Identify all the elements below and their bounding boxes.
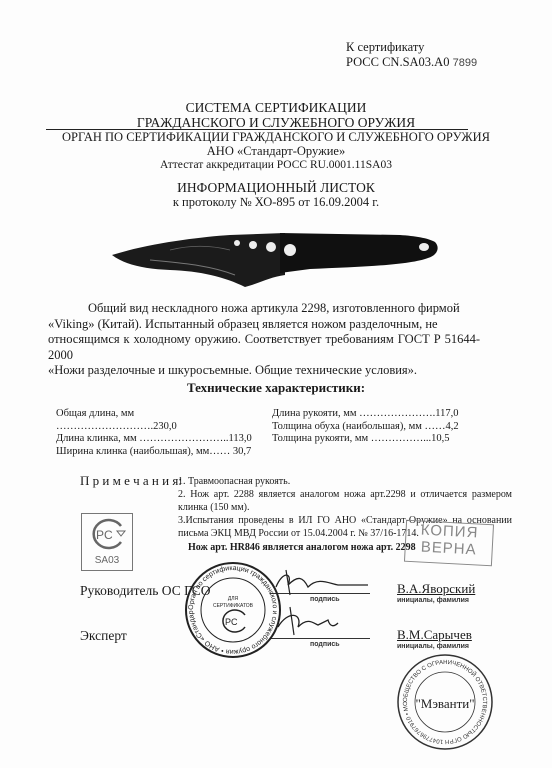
system-line1: СИСТЕМА СЕРТИФИКАЦИИ bbox=[0, 100, 552, 115]
document-title: ИНФОРМАЦИОННЫЙ ЛИСТОК к протоколу № ХО-8… bbox=[0, 180, 552, 210]
spec-label: Толщина обуха (наибольшая), мм …… bbox=[272, 421, 446, 432]
company-seal: ОБЩЕСТВО С ОГРАНИЧЕННОЙ ОТВЕТСТВЕННОСТЬЮ… bbox=[395, 652, 495, 752]
org-name: АНО «Стандарт-Оружие» bbox=[0, 144, 552, 158]
organ-name: ОРГАН ПО СЕРТИФИКАЦИИ ГРАЖДАНСКОГО И СЛУ… bbox=[0, 130, 552, 144]
spec-row: Длина клинка, мм ……………………..113,0 bbox=[56, 433, 256, 446]
system-title: СИСТЕМА СЕРТИФИКАЦИИ ГРАЖДАНСКОГО И СЛУЖ… bbox=[0, 100, 552, 130]
note-2: 2. Нож арт. 2288 является аналогом ножа … bbox=[178, 488, 512, 514]
description-paragraph: Общий вид нескладного ножа артикула 2298… bbox=[48, 301, 480, 379]
svg-text:ДЛЯ: ДЛЯ bbox=[228, 596, 239, 602]
signature-role-expert: Эксперт bbox=[80, 628, 127, 644]
spec-value: 113,0 bbox=[229, 433, 252, 444]
spec-value: 230,0 bbox=[153, 421, 177, 432]
handwritten-signatures bbox=[268, 565, 378, 650]
copy-stamp-line2: ВЕРНА bbox=[405, 538, 492, 559]
title-sub: к протоколу № ХО-895 от 16.09.2004 г. bbox=[0, 195, 552, 210]
pct-logo-code: SA03 bbox=[82, 555, 132, 566]
signature-name-head: В.А.Яворский bbox=[397, 581, 475, 597]
knife-image bbox=[110, 225, 440, 290]
spec-label: Длина рукояти, мм …………………. bbox=[272, 408, 435, 419]
pct-logo: PC SA03 bbox=[81, 513, 133, 571]
copy-verified-stamp: КОПИЯ ВЕРНА bbox=[404, 520, 494, 567]
system-line2: ГРАЖДАНСКОГО И СЛУЖЕБНОГО ОРУЖИЯ bbox=[0, 115, 552, 130]
certificate-ref-prefix: РОСС CN.SA03.A0 bbox=[346, 55, 449, 69]
spec-label: Общая длина, мм ………………………. bbox=[56, 408, 153, 432]
title-main: ИНФОРМАЦИОННЫЙ ЛИСТОК bbox=[0, 180, 552, 195]
accreditation: Аттестат аккредитации РОСС RU.0001.11SA0… bbox=[0, 158, 552, 172]
certificate-ref-line1: К сертификату bbox=[346, 40, 477, 55]
organ-block: ОРГАН ПО СЕРТИФИКАЦИИ ГРАЖДАНСКОГО И СЛУ… bbox=[0, 130, 552, 172]
spec-row: Общая длина, мм ……………………….230,0 bbox=[56, 408, 256, 433]
spec-row: Длина рукояти, мм ………………….117,0 bbox=[272, 408, 472, 421]
specs-right: Длина рукояти, мм ………………….117,0 Толщина … bbox=[272, 408, 472, 446]
spec-label: Длина клинка, мм …………………….. bbox=[56, 433, 229, 444]
spec-value: 30,7 bbox=[233, 446, 251, 457]
spec-label: Ширина клинка (наибольшая), мм…… bbox=[56, 446, 230, 457]
certification-seal: Орган по сертификации гражданского и слу… bbox=[183, 560, 283, 660]
certificate-ref-number: 7899 bbox=[453, 57, 477, 69]
spec-row: Толщина обуха (наибольшая), мм ……4,2 bbox=[272, 421, 472, 434]
certificate-ref-line2: РОСС CN.SA03.A0 7899 bbox=[346, 55, 477, 71]
svg-text:"Мэванти": "Мэванти" bbox=[415, 696, 474, 711]
certificate-reference: К сертификату РОСС CN.SA03.A0 7899 bbox=[346, 40, 477, 71]
svg-text:PC: PC bbox=[96, 528, 113, 542]
notes-label: П р и м е ч а н и я: bbox=[80, 473, 182, 489]
description-line3: относящимся к холодному оружию. Соответс… bbox=[48, 332, 480, 363]
svg-text:СЕРТИФИКАТОВ: СЕРТИФИКАТОВ bbox=[213, 603, 254, 609]
description-line1: Общий вид нескладного ножа артикула 2298… bbox=[48, 301, 480, 317]
pct-logo-icon: PC bbox=[87, 518, 127, 550]
note-extra: Нож арт. HR846 является аналогом ножа ар… bbox=[188, 542, 416, 553]
spec-value: 10,5 bbox=[431, 433, 449, 444]
description-line2: «Viking» (Китай). Испытанный образец явл… bbox=[48, 317, 480, 333]
spec-row: Толщина рукояти, мм ……………...10,5 bbox=[272, 433, 472, 446]
note-1: 1. Травмоопасная рукоять. bbox=[178, 475, 512, 488]
spec-label: Толщина рукояти, мм ……………... bbox=[272, 433, 431, 444]
spec-row: Ширина клинка (наибольшая), мм…… 30,7 bbox=[56, 446, 256, 459]
signature-name-expert: В.М.Сарычев bbox=[397, 627, 472, 643]
specs-left: Общая длина, мм ……………………….230,0 Длина кл… bbox=[56, 408, 256, 458]
spec-value: 117,0 bbox=[435, 408, 458, 419]
name-caption-expert: инициалы, фамилия bbox=[397, 643, 469, 650]
svg-text:PC: PC bbox=[225, 617, 238, 627]
spec-value: 4,2 bbox=[446, 421, 459, 432]
name-caption-head: инициалы, фамилия bbox=[397, 597, 469, 604]
specs-heading: Технические характеристики: bbox=[0, 380, 552, 396]
description-line4: «Ножи разделочные и шкуросъемные. Общие … bbox=[48, 363, 480, 379]
